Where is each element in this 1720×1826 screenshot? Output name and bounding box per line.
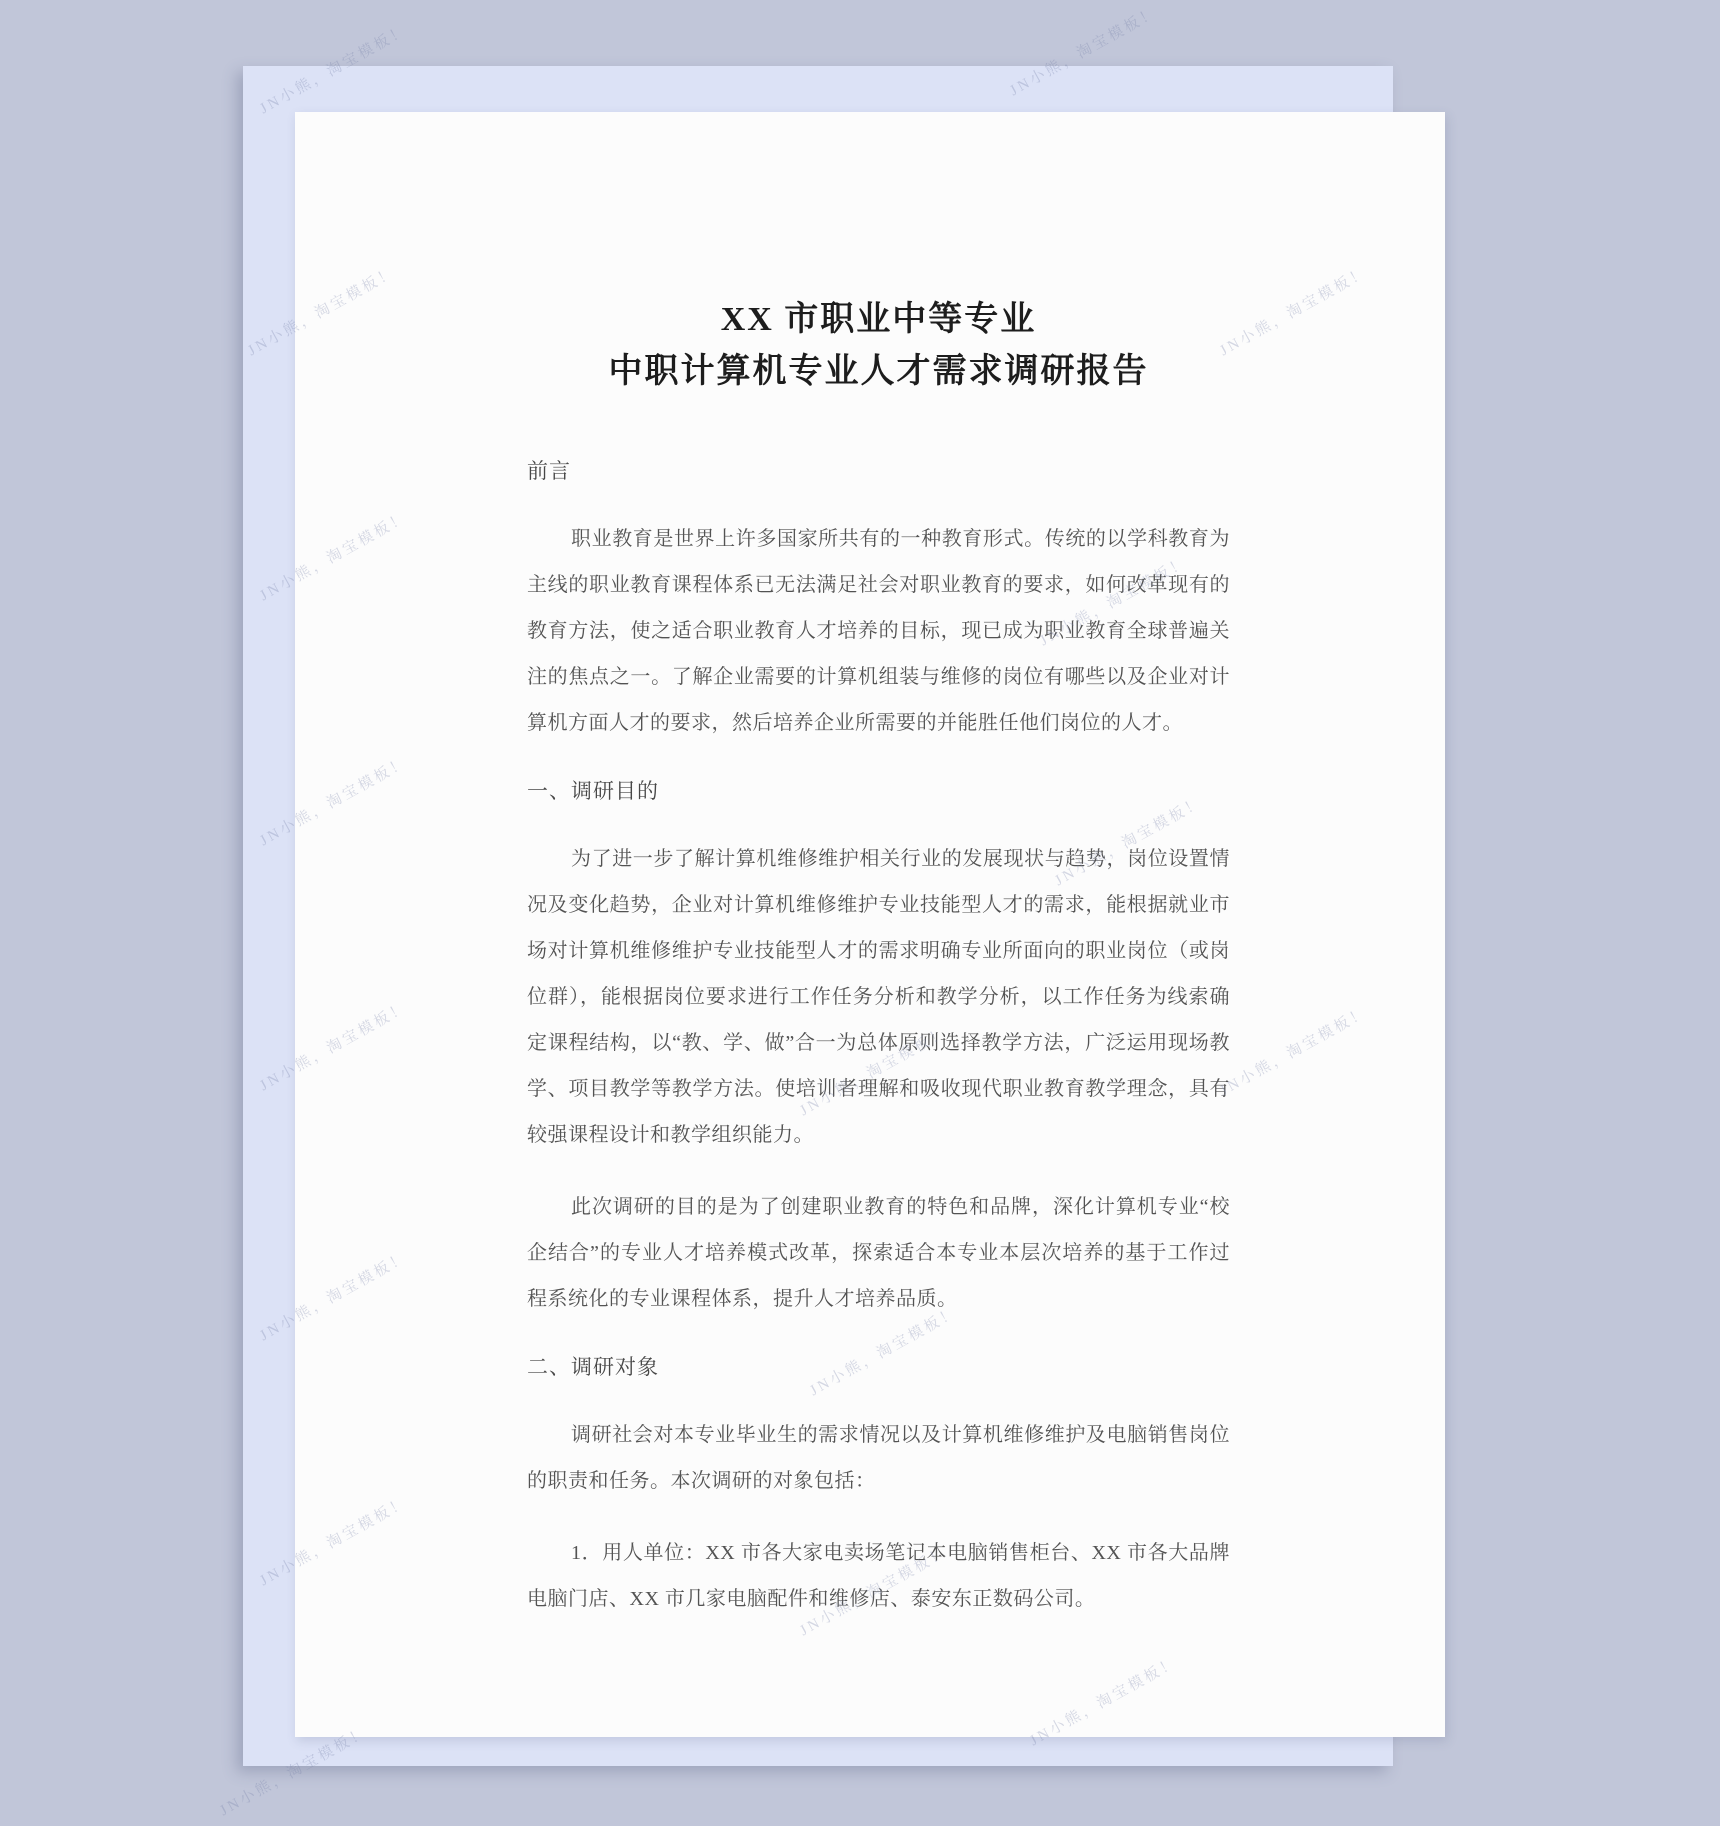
document-page: XX 市职业中等专业 中职计算机专业人才需求调研报告 前言 职业教育是世界上许多…: [295, 112, 1445, 1737]
section1-paragraph-2: 此次调研的目的是为了创建职业教育的特色和品牌，深化计算机专业“校企结合”的专业人…: [527, 1184, 1230, 1322]
section1-paragraph-1: 为了进一步了解计算机维修维护相关行业的发展现状与趋势，岗位设置情况及变化趋势，企…: [527, 836, 1230, 1158]
preface-heading: 前言: [527, 456, 1230, 486]
desktop-background: { "colors": { "background": "#c1c6d9", "…: [0, 0, 1720, 1826]
section2-paragraph-2: 1．用人单位：XX 市各大家电卖场笔记本电脑销售柜台、XX 市各大品牌电脑门店、…: [527, 1530, 1230, 1622]
document-title-line2: 中职计算机专业人才需求调研报告: [527, 346, 1230, 398]
section2-paragraph-1: 调研社会对本专业毕业生的需求情况以及计算机维修维护及电脑销售岗位的职责和任务。本…: [527, 1412, 1230, 1504]
preface-paragraph: 职业教育是世界上许多国家所共有的一种教育形式。传统的以学科教育为主线的职业教育课…: [527, 516, 1230, 746]
document-title-line1: XX 市职业中等专业: [527, 294, 1230, 346]
section2-heading: 二、调研对象: [527, 1352, 1230, 1382]
section1-heading: 一、调研目的: [527, 776, 1230, 806]
